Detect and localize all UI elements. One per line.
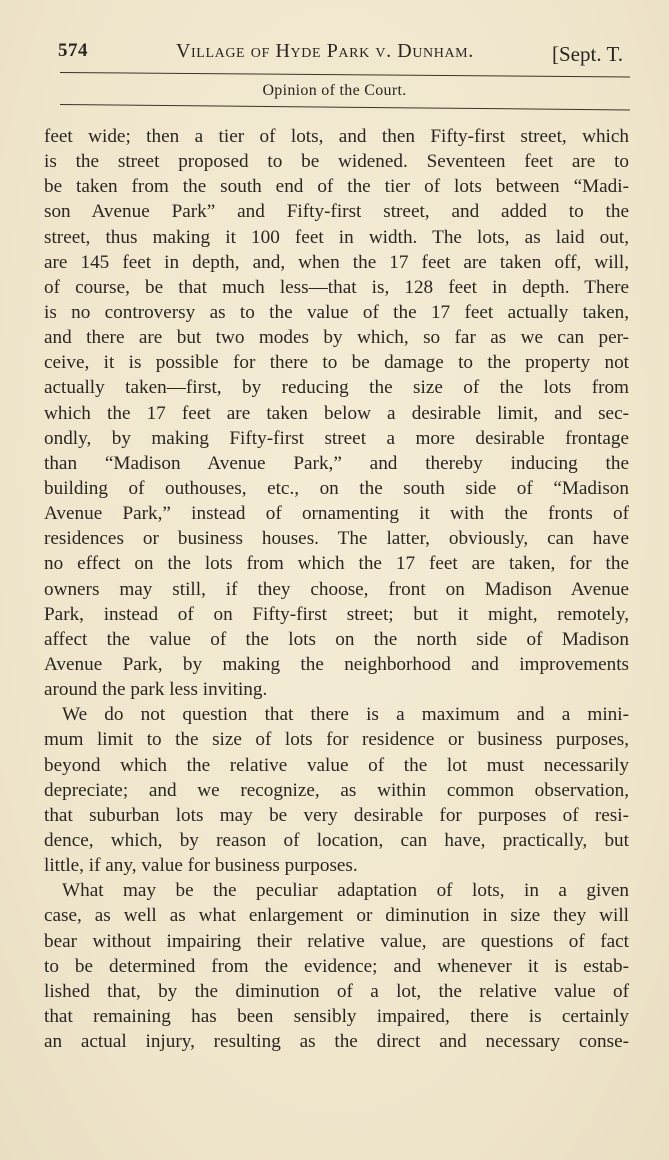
book-page: 574 Village of Hyde Park v. Dunham. [Sep… (0, 0, 669, 1160)
text-line: little, if any, value for business purpo… (44, 853, 629, 878)
text-line: street, thus making it 100 feet in width… (44, 225, 629, 250)
text-line: around the park less inviting. (44, 677, 629, 702)
text-line: We do not question that there is a maxim… (44, 702, 629, 727)
text-line: are 145 feet in depth, and, when the 17 … (44, 250, 629, 275)
term-label: [Sept. T. (552, 42, 623, 67)
text-line: owners may still, if they choose, front … (44, 577, 629, 602)
paragraph-1: feet wide; then a tier of lots, and then… (44, 124, 629, 702)
page-number: 574 (58, 40, 88, 62)
text-line: that remaining has been sensibly impaire… (44, 1004, 629, 1029)
text-line: residences or business houses. The latte… (44, 526, 629, 551)
text-line: which the 17 feet are taken below a desi… (44, 401, 629, 426)
text-line: beyond which the relative value of the l… (44, 753, 629, 778)
text-line: son Avenue Park” and Fifty-first street,… (44, 199, 629, 224)
text-line: Avenue Park, by making the neighborhood … (44, 652, 629, 677)
text-line: ondly, by making Fifty-first street a mo… (44, 426, 629, 451)
text-line: and there are but two modes by which, so… (44, 325, 629, 350)
text-line: of course, be that much less—that is, 12… (44, 275, 629, 300)
text-line: that suburban lots may be very desirable… (44, 803, 629, 828)
text-line: to be determined from the evidence; and … (44, 954, 629, 979)
text-line: feet wide; then a tier of lots, and then… (44, 124, 629, 149)
text-line: bear without impairing their relative va… (44, 929, 629, 954)
text-line: affect the value of the lots on the nort… (44, 627, 629, 652)
running-head: 574 Village of Hyde Park v. Dunham. [Sep… (58, 36, 638, 76)
opinion-body: feet wide; then a tier of lots, and then… (44, 124, 629, 1054)
section-heading: Opinion of the Court. (0, 82, 669, 100)
text-line: What may be the peculiar adaptation of l… (44, 878, 629, 903)
paragraph-2: We do not question that there is a maxim… (44, 702, 629, 878)
text-line: dence, which, by reason of location, can… (44, 828, 629, 853)
text-line: an actual injury, resulting as the direc… (44, 1029, 629, 1054)
case-title: Village of Hyde Park v. Dunham. (176, 40, 474, 63)
text-line: Avenue Park,” instead of ornamenting it … (44, 501, 629, 526)
text-line: depreciate; and we recognize, as within … (44, 778, 629, 803)
text-line: mum limit to the size of lots for reside… (44, 727, 629, 752)
text-line: case, as well as what enlargement or dim… (44, 903, 629, 928)
text-line: Park, instead of on Fifty-first street; … (44, 602, 629, 627)
text-line: be taken from the south end of the tier … (44, 174, 629, 199)
text-line: is no controversy as to the value of the… (44, 300, 629, 325)
text-line: than “Madison Avenue Park,” and thereby … (44, 451, 629, 476)
header-rule-bottom (60, 104, 630, 110)
text-line: is the street proposed to be widened. Se… (44, 149, 629, 174)
paragraph-3: What may be the peculiar adaptation of l… (44, 878, 629, 1054)
text-line: actually taken—first, by reducing the si… (44, 375, 629, 400)
text-line: no effect on the lots from which the 17 … (44, 551, 629, 576)
text-line: building of outhouses, etc., on the sout… (44, 476, 629, 501)
text-line: ceive, it is possible for there to be da… (44, 350, 629, 375)
text-line: lished that, by the diminution of a lot,… (44, 979, 629, 1004)
